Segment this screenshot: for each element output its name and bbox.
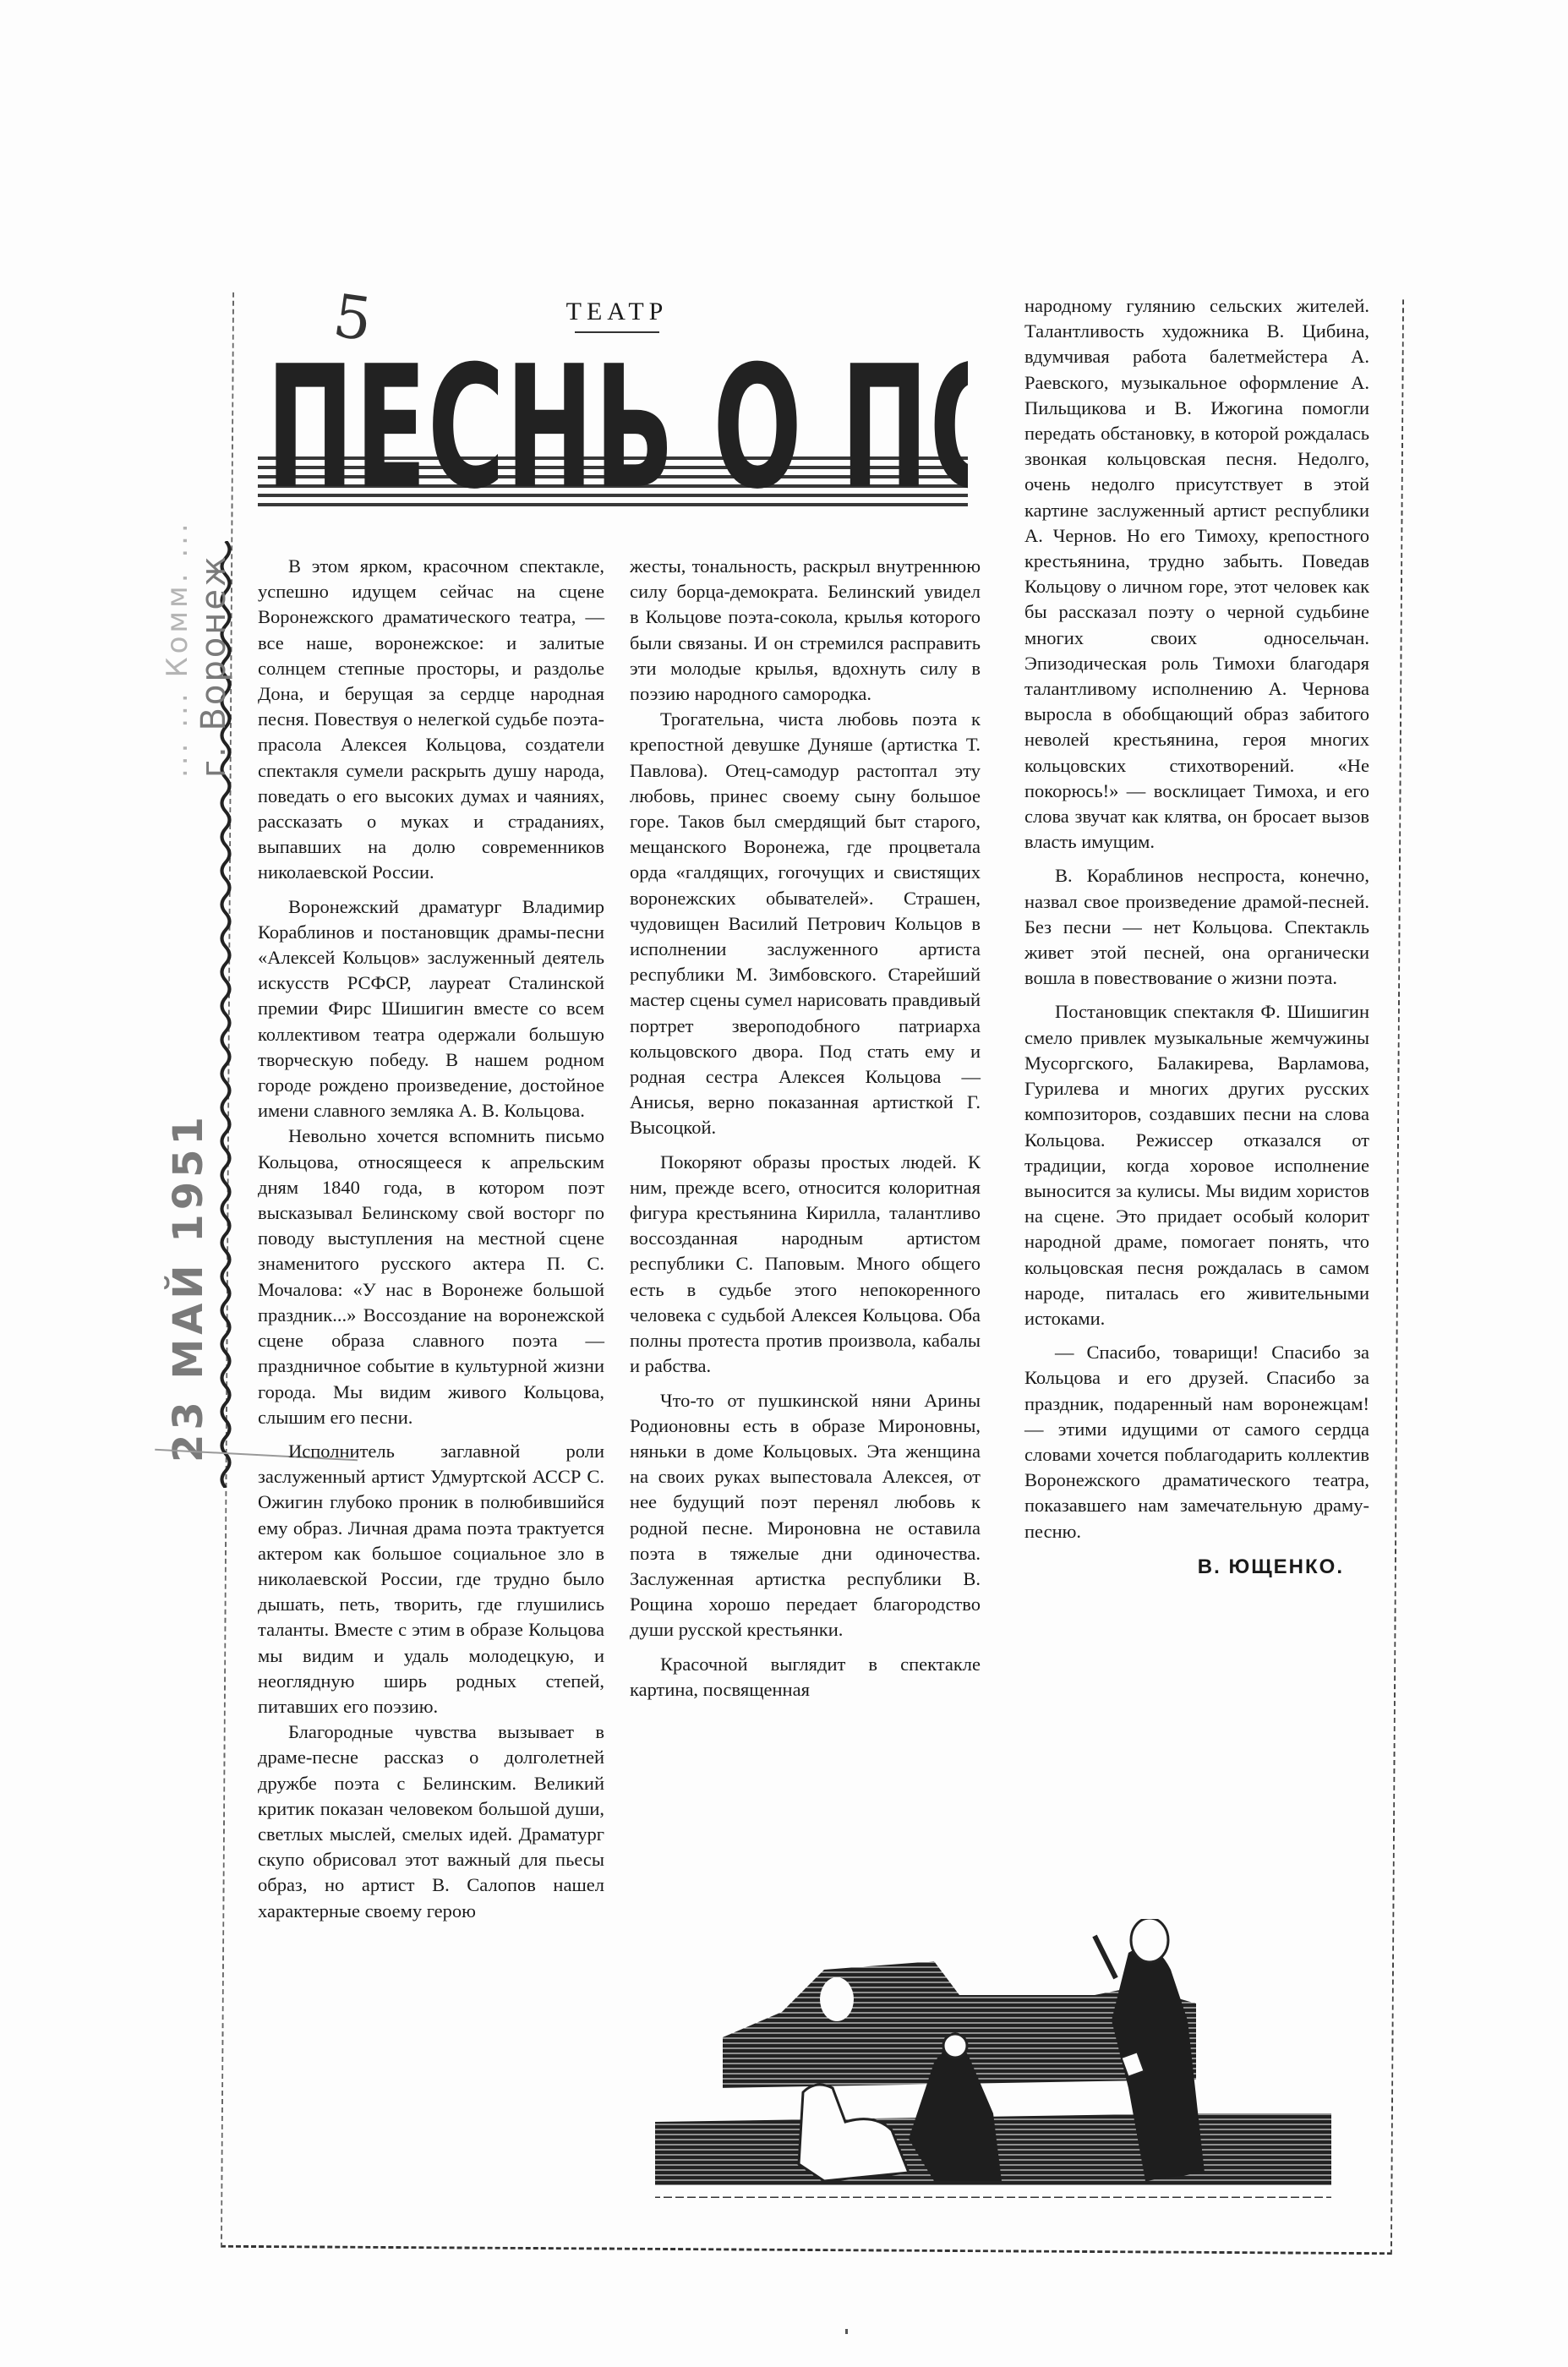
paragraph: Исполнитель заглавной роли заслуженный а… [258,1439,604,1719]
paragraph: Благородные чувства вызывает в драме-пес… [258,1719,604,1924]
article-column-2: жесты, тональность, раскрыл внутреннюю с… [630,554,981,1703]
paragraph: В этом ярком, красочном спектакле, успеш… [258,554,604,886]
rubric-underline [575,331,659,333]
paragraph: Постановщик спектакля Ф. Шишигин смело п… [1024,999,1369,1331]
headline-stripes [258,456,968,511]
stamp-date: 23 МАЙ 1951 [165,1112,212,1462]
paragraph: жесты, тональность, раскрыл внутреннюю с… [630,554,981,707]
author-signature: В. ЮЩЕНКО. [1024,1555,1369,1580]
section-rubric: ТЕАТР [541,298,693,326]
archive-stamp: ... ... Комм. ... г. Воронеж 23 МАЙ 1951 [139,524,232,1479]
paragraph: Красочной выглядит в спектакле картина, … [630,1652,981,1703]
stamp-city: г. Воронеж [194,554,233,778]
paragraph: народному гулянию сельских жителей. Тала… [1024,293,1369,855]
paragraph: — Спасибо, товарищи! Спасибо за Кольцова… [1024,1340,1369,1544]
paragraph: Невольно хочется вспомнить письмо Кольцо… [258,1123,604,1429]
article-column-1: В этом ярком, красочном спектакле, успеш… [258,554,604,1924]
ink-speck [845,2329,848,2334]
paragraph: Что-то от пушкинской няни Арины Родионов… [630,1388,981,1643]
paragraph: Воронежский драматург Владимир Кораблино… [258,894,604,1124]
article-column-3: народному гулянию сельских жителей. Тала… [1024,293,1369,1580]
stamp-line-1: ... ... Комм. ... [161,520,194,778]
woodcut-illustration [655,1919,1390,2198]
paragraph: Трогательна, чиста любовь поэта к крепос… [630,707,981,1140]
headline: ПЕСНЬ О ПОЭТЕ [258,359,968,511]
moon-icon [820,1977,854,2021]
paragraph: В. Кораблинов неспроста, конечно, назвал… [1024,863,1369,991]
paragraph: Покоряют образы простых людей. К ним, пр… [630,1150,981,1380]
